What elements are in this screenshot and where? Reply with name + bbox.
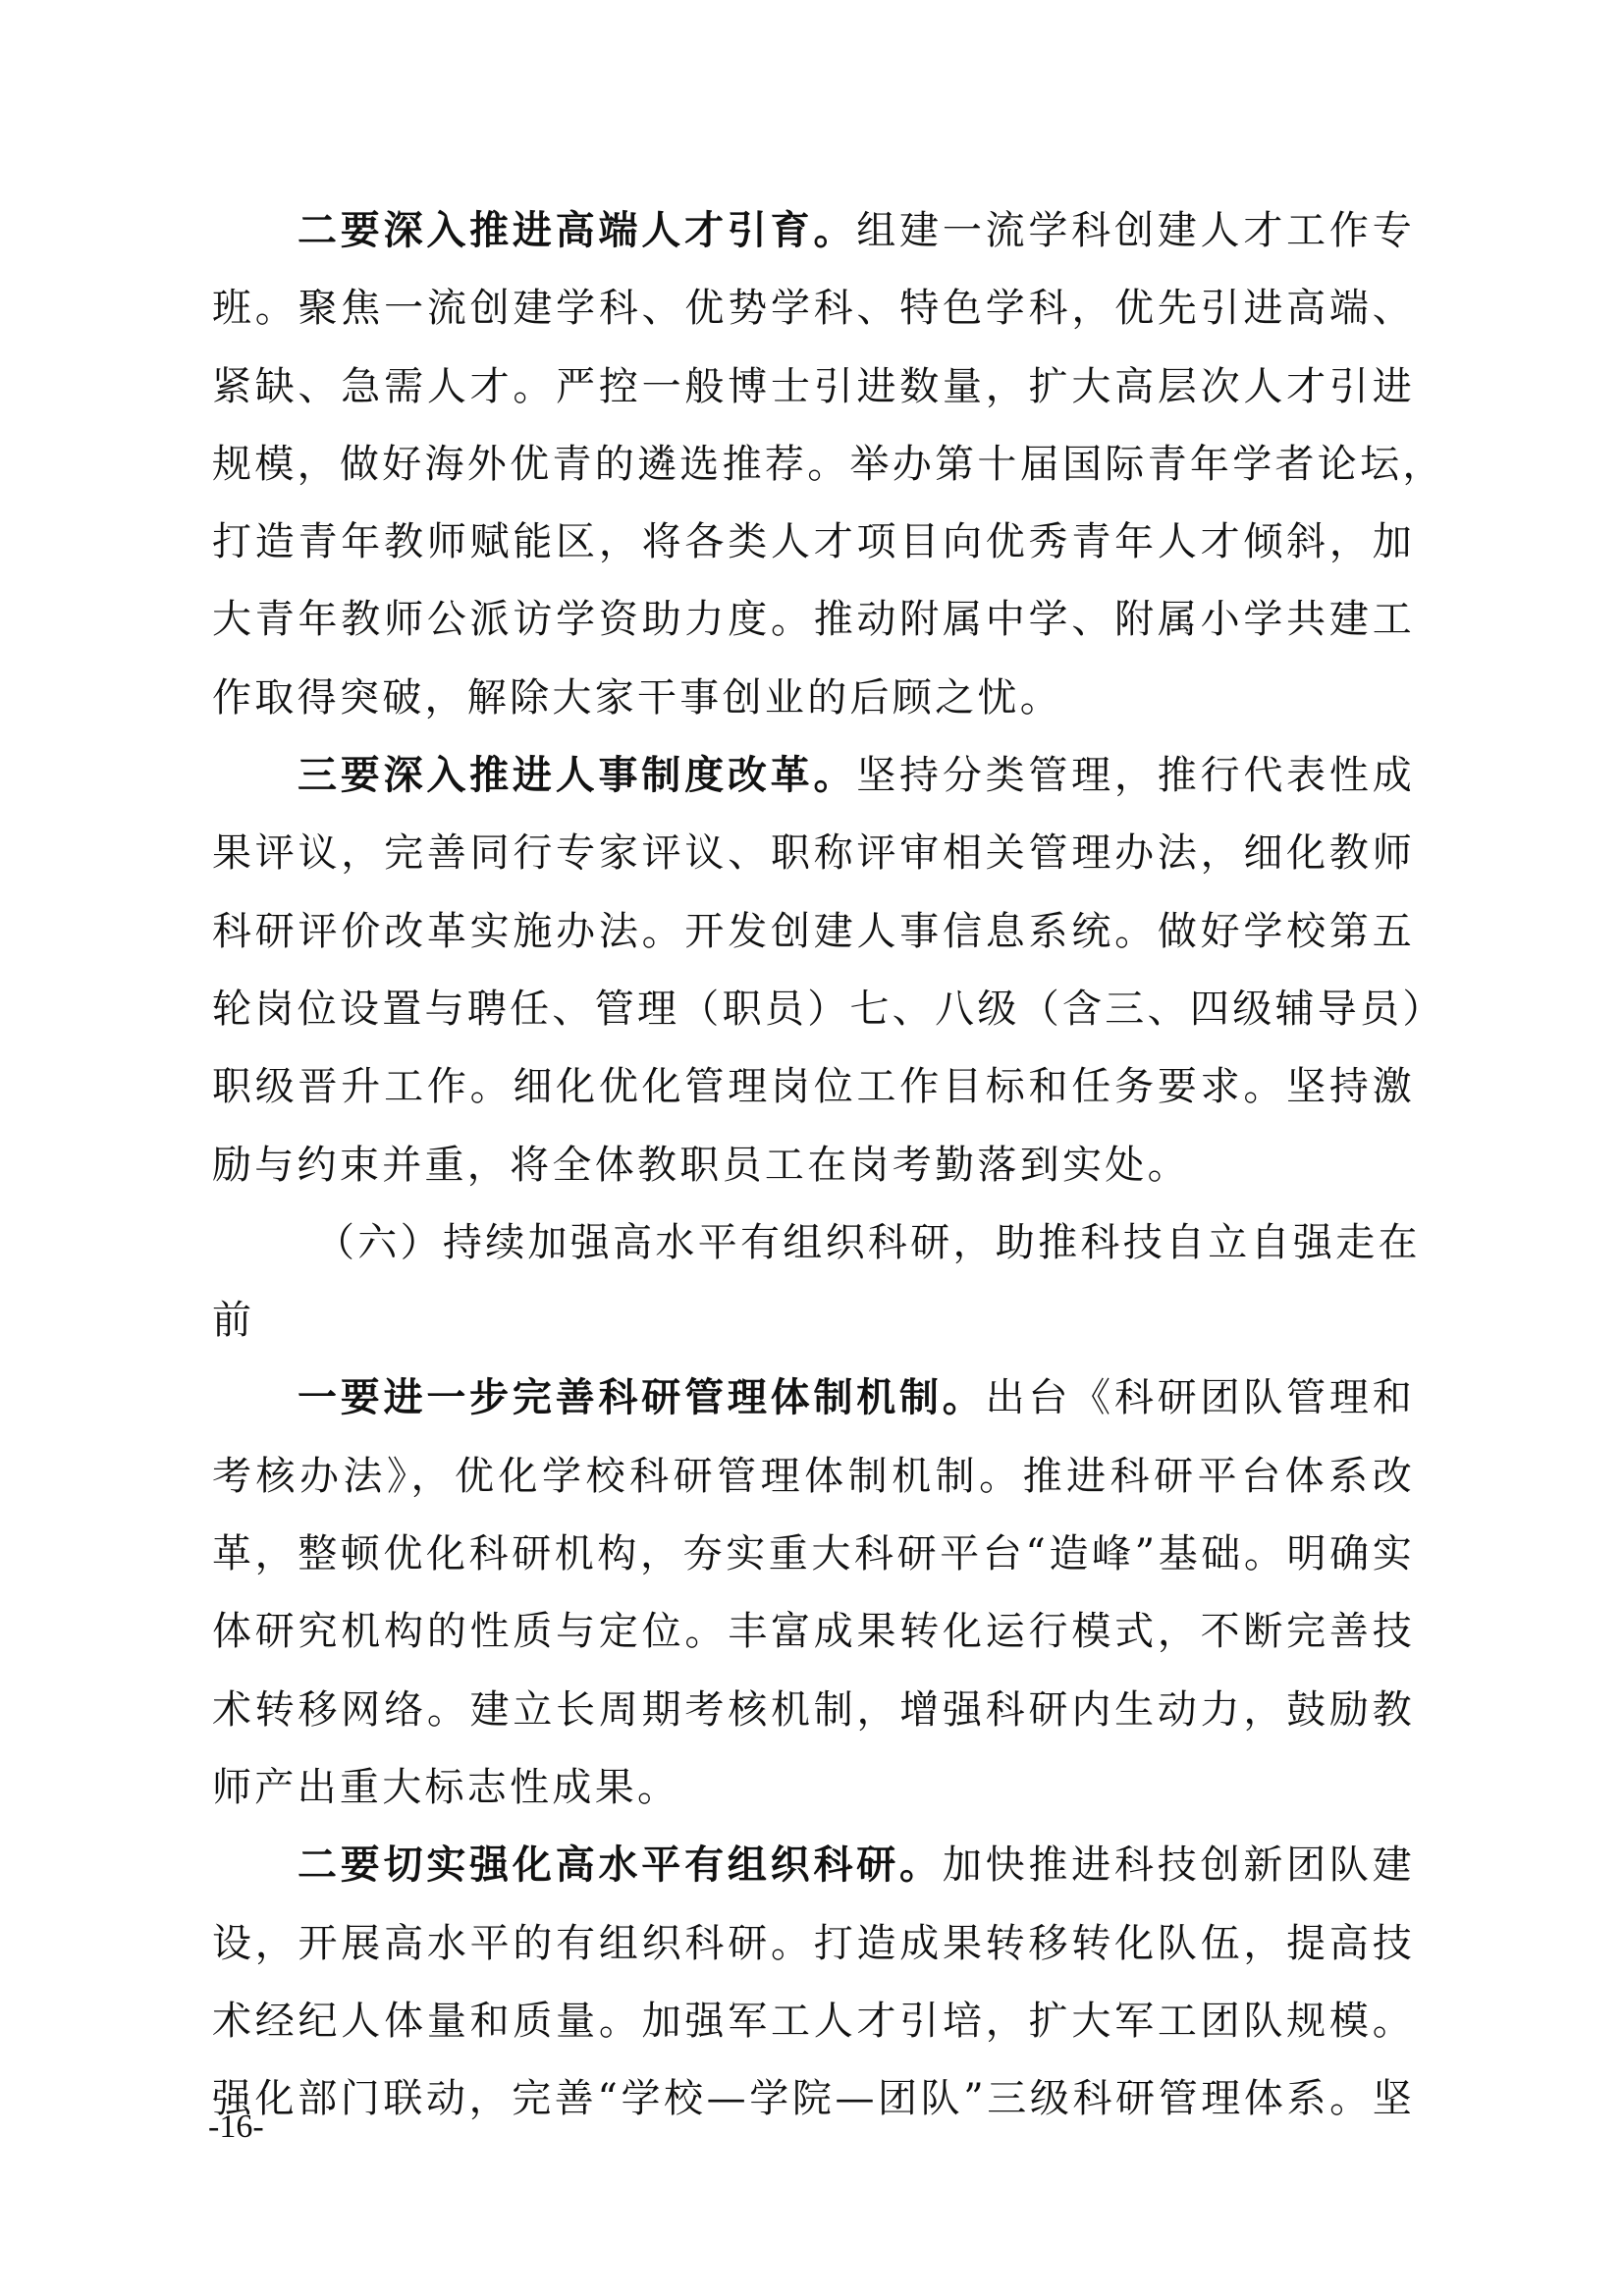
paragraph-line: 打造青年教师赋能区，将各类人才项目向优秀青年人才倾斜，加 [212, 517, 1415, 595]
paragraph-text: 组建一流学科创建人才工作专 [856, 208, 1415, 253]
paragraph-text: 坚持分类管理，推行代表性成 [856, 753, 1415, 798]
paragraph-line: 革，整顿优化科研机构，夯实重大科研平台“造峰”基础。明确实 [212, 1529, 1415, 1607]
paragraph-lead-heading: 二要切实强化高水平有组织科研。 [298, 1842, 943, 1888]
paragraph-text: 出台《科研团队管理和 [986, 1375, 1415, 1420]
paragraph-lead-heading: 二要深入推进高端人才引育。 [298, 207, 856, 253]
paragraph-line: 紧缺、急需人才。严控一般博士引进数量，扩大高层次人才引进 [212, 362, 1415, 440]
paragraph-line: 班。聚焦一流创建学科、优势学科、特色学科，优先引进高端、 [212, 284, 1415, 361]
paragraph-line: 大青年教师公派访学资助力度。推动附属中学、附属小学共建工 [212, 595, 1415, 672]
paragraph-line: 规模，做好海外优青的遴选推荐。举办第十届国际青年学者论坛， [212, 440, 1415, 517]
paragraph-line: 职级晋升工作。细化优化管理岗位工作目标和任务要求。坚持激 [212, 1062, 1415, 1140]
section-heading: （六）持续加强高水平有组织科研，助推科技自立自强走在 [212, 1218, 1415, 1296]
paragraph-line: 体研究机构的性质与定位。丰富成果转化运行模式，不断完善技 [212, 1607, 1415, 1684]
paragraph-lead-heading: 一要进一步完善科研管理体制机制。 [298, 1374, 986, 1420]
paragraph-line: 二要深入推进高端人才引育。组建一流学科创建人才工作专 [212, 206, 1415, 284]
paragraph-line: 科研评价改革实施办法。开发创建人事信息系统。做好学校第五 [212, 907, 1415, 985]
section-heading-continuation: 前 [212, 1296, 1415, 1373]
paragraph-line: 师产出重大标志性成果。 [212, 1763, 1415, 1841]
paragraph-line: 励与约束并重，将全体教职员工在岗考勤落到实处。 [212, 1141, 1415, 1218]
paragraph-text: 加快推进科技创新团队建 [943, 1842, 1415, 1888]
paragraph-line: 强化部门联动，完善“学校—学院—团队”三级科研管理体系。坚 [212, 2074, 1415, 2152]
paragraph-lead-heading: 三要深入推进人事制度改革。 [298, 752, 856, 798]
paragraph-line: 设，开展高水平的有组织科研。打造成果转移转化队伍，提高技 [212, 1919, 1415, 1997]
paragraph-line: 果评议，完善同行专家评议、职称评审相关管理办法，细化教师 [212, 828, 1415, 906]
document-body: 二要深入推进高端人才引育。组建一流学科创建人才工作专 班。聚焦一流创建学科、优势… [212, 206, 1415, 2152]
paragraph-line: 二要切实强化高水平有组织科研。加快推进科技创新团队建 [212, 1841, 1415, 1918]
paragraph-line: 考核办法》，优化学校科研管理体制机制。推进科研平台体系改 [212, 1452, 1415, 1529]
paragraph-line: 作取得突破，解除大家干事创业的后顾之忧。 [212, 673, 1415, 751]
document-page: 二要深入推进高端人才引育。组建一流学科创建人才工作专 班。聚焦一流创建学科、优势… [0, 0, 1624, 2296]
paragraph-line: 轮岗位设置与聘任、管理（职员）七、八级（含三、四级辅导员） [212, 985, 1415, 1062]
paragraph-line: 术经纪人体量和质量。加强军工人才引培，扩大军工团队规模。 [212, 1997, 1415, 2074]
paragraph-line: 三要深入推进人事制度改革。坚持分类管理，推行代表性成 [212, 751, 1415, 828]
paragraph-line: 一要进一步完善科研管理体制机制。出台《科研团队管理和 [212, 1373, 1415, 1451]
page-number: -16- [208, 2109, 264, 2146]
paragraph-line: 术转移网络。建立长周期考核机制，增强科研内生动力，鼓励教 [212, 1685, 1415, 1763]
